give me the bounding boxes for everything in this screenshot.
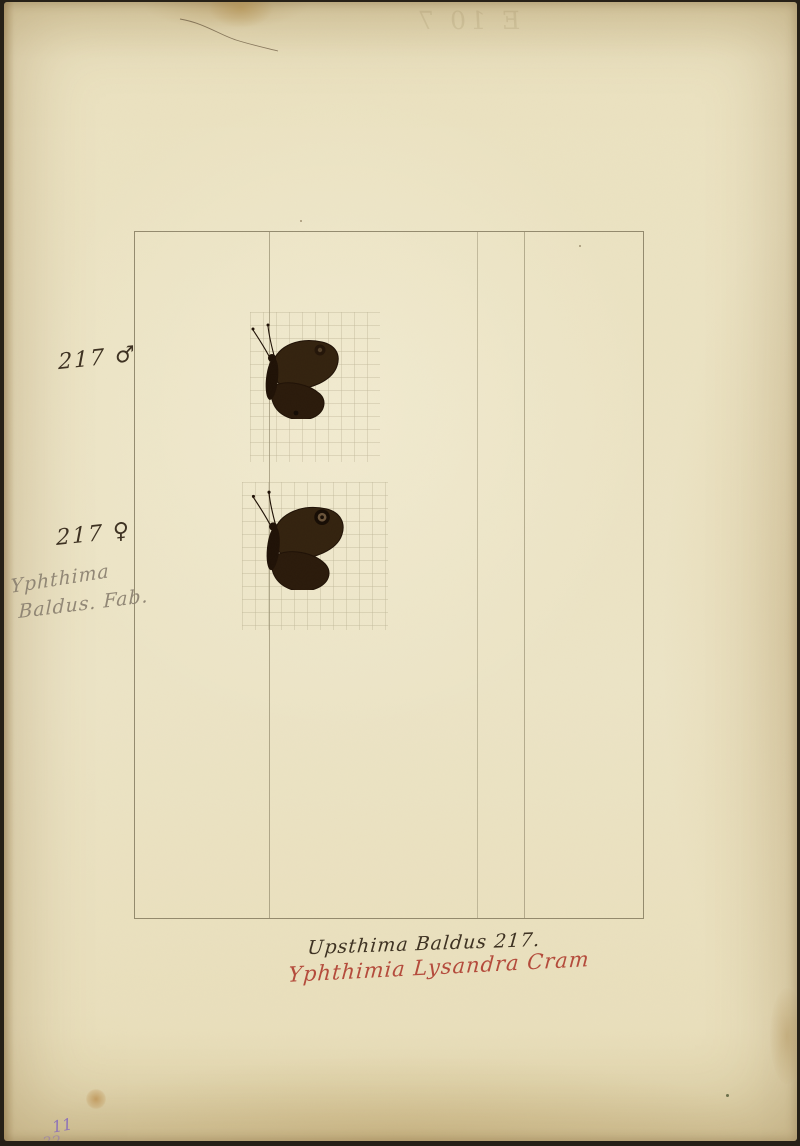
apical-eyespot	[315, 345, 326, 356]
hairline-scratch	[174, 14, 284, 59]
hindwing-spot	[294, 411, 299, 416]
forewing	[273, 341, 339, 390]
stain-right-edge	[770, 988, 797, 1084]
head	[268, 354, 276, 362]
female-specimen-number: 217 ♀	[56, 518, 131, 551]
female-butterfly-specimen	[242, 486, 346, 590]
forewing	[274, 507, 343, 558]
paper-sheet: 217 ♂ 217 ♀ Yphthima Baldus. Fab. Upsthi…	[4, 2, 797, 1141]
male-butterfly-specimen	[242, 319, 342, 419]
male-specimen-number: 217 ♂	[58, 342, 136, 375]
corner-mark-bottom: 32	[41, 1132, 62, 1141]
hindwing	[272, 552, 329, 590]
stain-dot-bottom-left	[86, 1089, 106, 1109]
scanned-page: 217 ♂ 217 ♀ Yphthima Baldus. Fab. Upsthi…	[0, 0, 800, 1146]
paper-speck	[579, 245, 581, 247]
apical-eyespot	[314, 509, 330, 525]
head	[269, 522, 277, 530]
paper-speck	[300, 220, 302, 222]
ink-showthrough: E 10 7	[398, 6, 522, 35]
frame-divider-right	[524, 232, 525, 918]
paper-speck	[726, 1094, 729, 1097]
frame-divider-middle	[477, 232, 478, 918]
plate-frame	[134, 231, 644, 919]
